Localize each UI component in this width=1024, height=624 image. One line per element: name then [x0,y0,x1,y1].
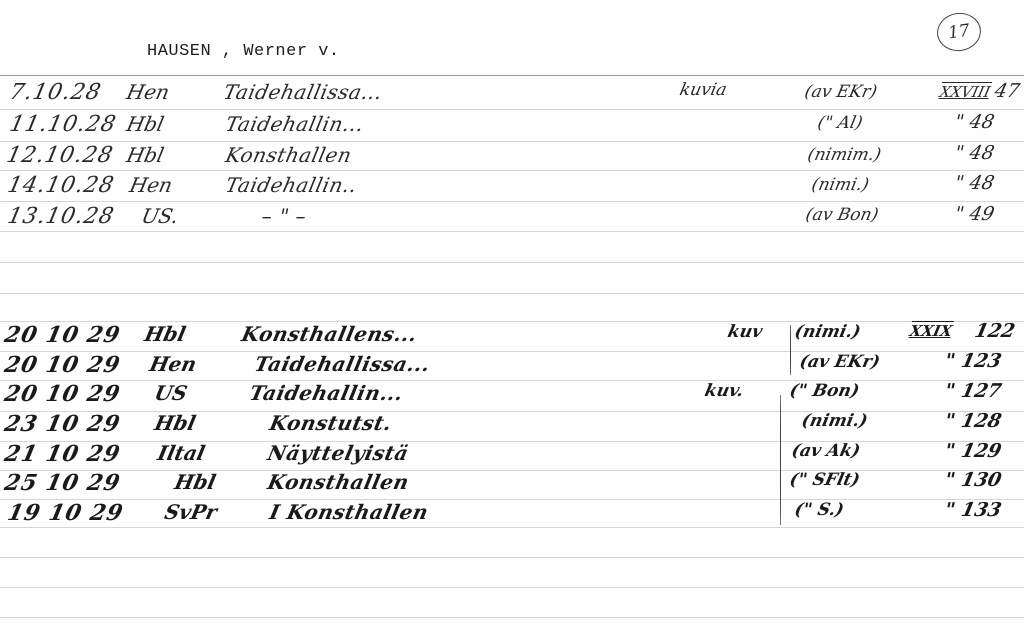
ruled-line [0,293,1024,294]
entry-ref: " 48 [953,111,997,133]
entry-ref: " 129 [943,440,1004,462]
ruled-line [0,470,1024,471]
ruled-line [0,141,1024,142]
ruled-line [0,499,1024,500]
entry-note: (av EKr) [803,82,879,102]
entry-note: (" S.) [793,500,846,520]
index-card: HAUSEN , Werner v. 17 kuvia XXVIII 7.10.… [0,0,1024,624]
entry-paper: Hen [127,173,174,197]
entry-date: 25 10 29 [2,470,123,496]
entry-ref: " 48 [953,172,997,194]
entry-title: Taidehallin... [223,112,366,136]
entry-note: (av Ak) [790,441,862,461]
entry-title: – " – [259,204,309,228]
side-note: kuv [726,322,764,342]
entry-date: 20 10 29 [2,381,123,407]
entry-paper: US. [139,204,180,228]
entry-paper: SvPr [162,500,219,524]
ruled-line [0,170,1024,171]
entry-date: 14.10.28 [5,173,116,198]
ruled-line [0,411,1024,412]
entry-ref: " 128 [943,410,1004,432]
entry-paper: Hen [124,80,171,104]
entry-title: Taidehallin... [247,381,405,405]
entry-ref: " 130 [943,469,1004,491]
entry-paper: Hen [147,352,198,376]
entry-title: Taidehallissa... [252,352,432,376]
entry-title: Näyttelyistä [265,441,410,465]
entry-ref: " 127 [943,380,1004,402]
entry-date: 20 10 29 [2,322,123,348]
entry-title: Taidehallissa... [221,80,384,104]
entry-title: Konsthallen [265,470,411,494]
card-header-name: HAUSEN , Werner v. [147,42,340,61]
ruled-line [0,231,1024,232]
entry-title: Konsthallens... [239,322,419,346]
entry-date: 23 10 29 [2,411,123,437]
entry-date: 21 10 29 [2,441,123,467]
entry-note: (" SFlt) [788,470,862,490]
entry-note: (" Al) [816,113,864,133]
entry-ref: " 48 [953,142,997,164]
entry-note: (av Bon) [804,205,880,225]
entry-paper: Hbl [152,411,198,435]
ruled-line [0,557,1024,558]
entry-date: 7.10.28 [7,80,103,105]
entry-paper: US [152,381,189,405]
card-number-circle: 17 [935,10,984,54]
entry-date: 20 10 29 [2,352,123,378]
entry-note: (nimi.) [800,411,870,431]
entry-note: (nimi.) [793,322,863,342]
entry-date: 12.10.28 [4,143,115,168]
entry-paper: Hbl [124,112,166,136]
volume-label: XXIX [908,322,954,340]
entry-ref: " 133 [943,499,1004,521]
entry-note: (nimim.) [806,145,883,165]
ruled-line [0,527,1024,528]
entry-paper: Hbl [124,143,166,167]
ruled-line [0,201,1024,202]
entry-ref: " 49 [953,203,997,225]
entry-note: (nimi.) [810,175,871,195]
side-note: kuvia [678,80,729,100]
ruled-line [0,441,1024,442]
entry-paper: Hbl [172,470,218,494]
entry-ref: " 123 [943,350,1004,372]
bracket-stroke [780,395,781,525]
ruled-line [0,587,1024,588]
entry-paper: Hbl [142,322,188,346]
entry-title: Taidehallin.. [223,173,359,197]
entry-title: Konstutst. [267,411,394,435]
entry-ref: 47 [993,80,1022,102]
entry-note: (av EKr) [798,352,882,372]
entry-note: (" Bon) [788,381,861,401]
ruled-line [0,262,1024,263]
ruled-line [0,380,1024,381]
volume-label: XXVIII [938,83,992,101]
card-number: 17 [947,21,971,44]
entry-date: 13.10.28 [5,204,116,229]
entry-paper: Iltal [155,441,207,465]
ruled-line [0,617,1024,618]
entry-date: 19 10 29 [5,500,126,526]
bracket-stroke [790,325,791,375]
ruled-line [0,109,1024,110]
entry-title: I Konsthallen [267,500,430,524]
side-note: kuv. [703,381,745,401]
entry-title: Konsthallen [223,143,354,167]
entry-date: 11.10.28 [7,112,118,137]
header-divider [0,75,1024,76]
entry-ref: 122 [973,320,1017,342]
